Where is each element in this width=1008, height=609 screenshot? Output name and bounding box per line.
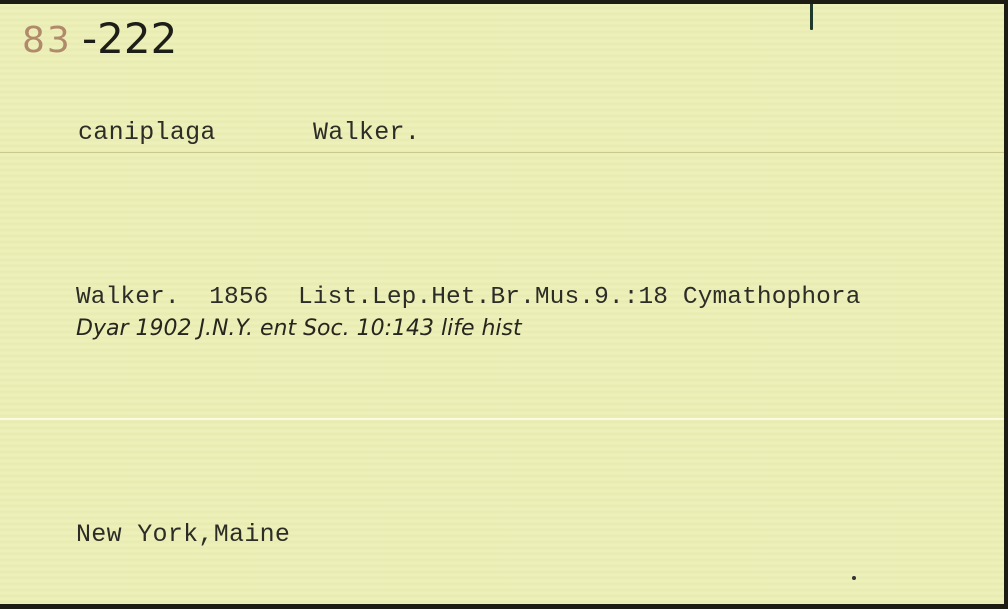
ruled-line (0, 418, 1004, 420)
catalog-number-stamp: 83 (22, 20, 72, 61)
locality: New York,Maine (76, 520, 290, 549)
catalog-number-handwritten: -222 (82, 14, 177, 63)
speck (852, 576, 856, 580)
species-author: Walker. (313, 118, 420, 147)
handwritten-citation: Dyar 1902 J.N.Y. ent Soc. 10:143 life hi… (76, 316, 522, 341)
index-card: 83 -222 caniplaga Walker. Walker. 1856 L… (0, 4, 1004, 604)
original-citation: Walker. 1856 List.Lep.Het.Br.Mus.9.:18 C… (76, 284, 861, 311)
pen-mark (810, 4, 813, 30)
species-name: caniplaga (78, 118, 216, 147)
card-edge-shadow (0, 604, 115, 609)
ruled-line (0, 152, 1004, 153)
